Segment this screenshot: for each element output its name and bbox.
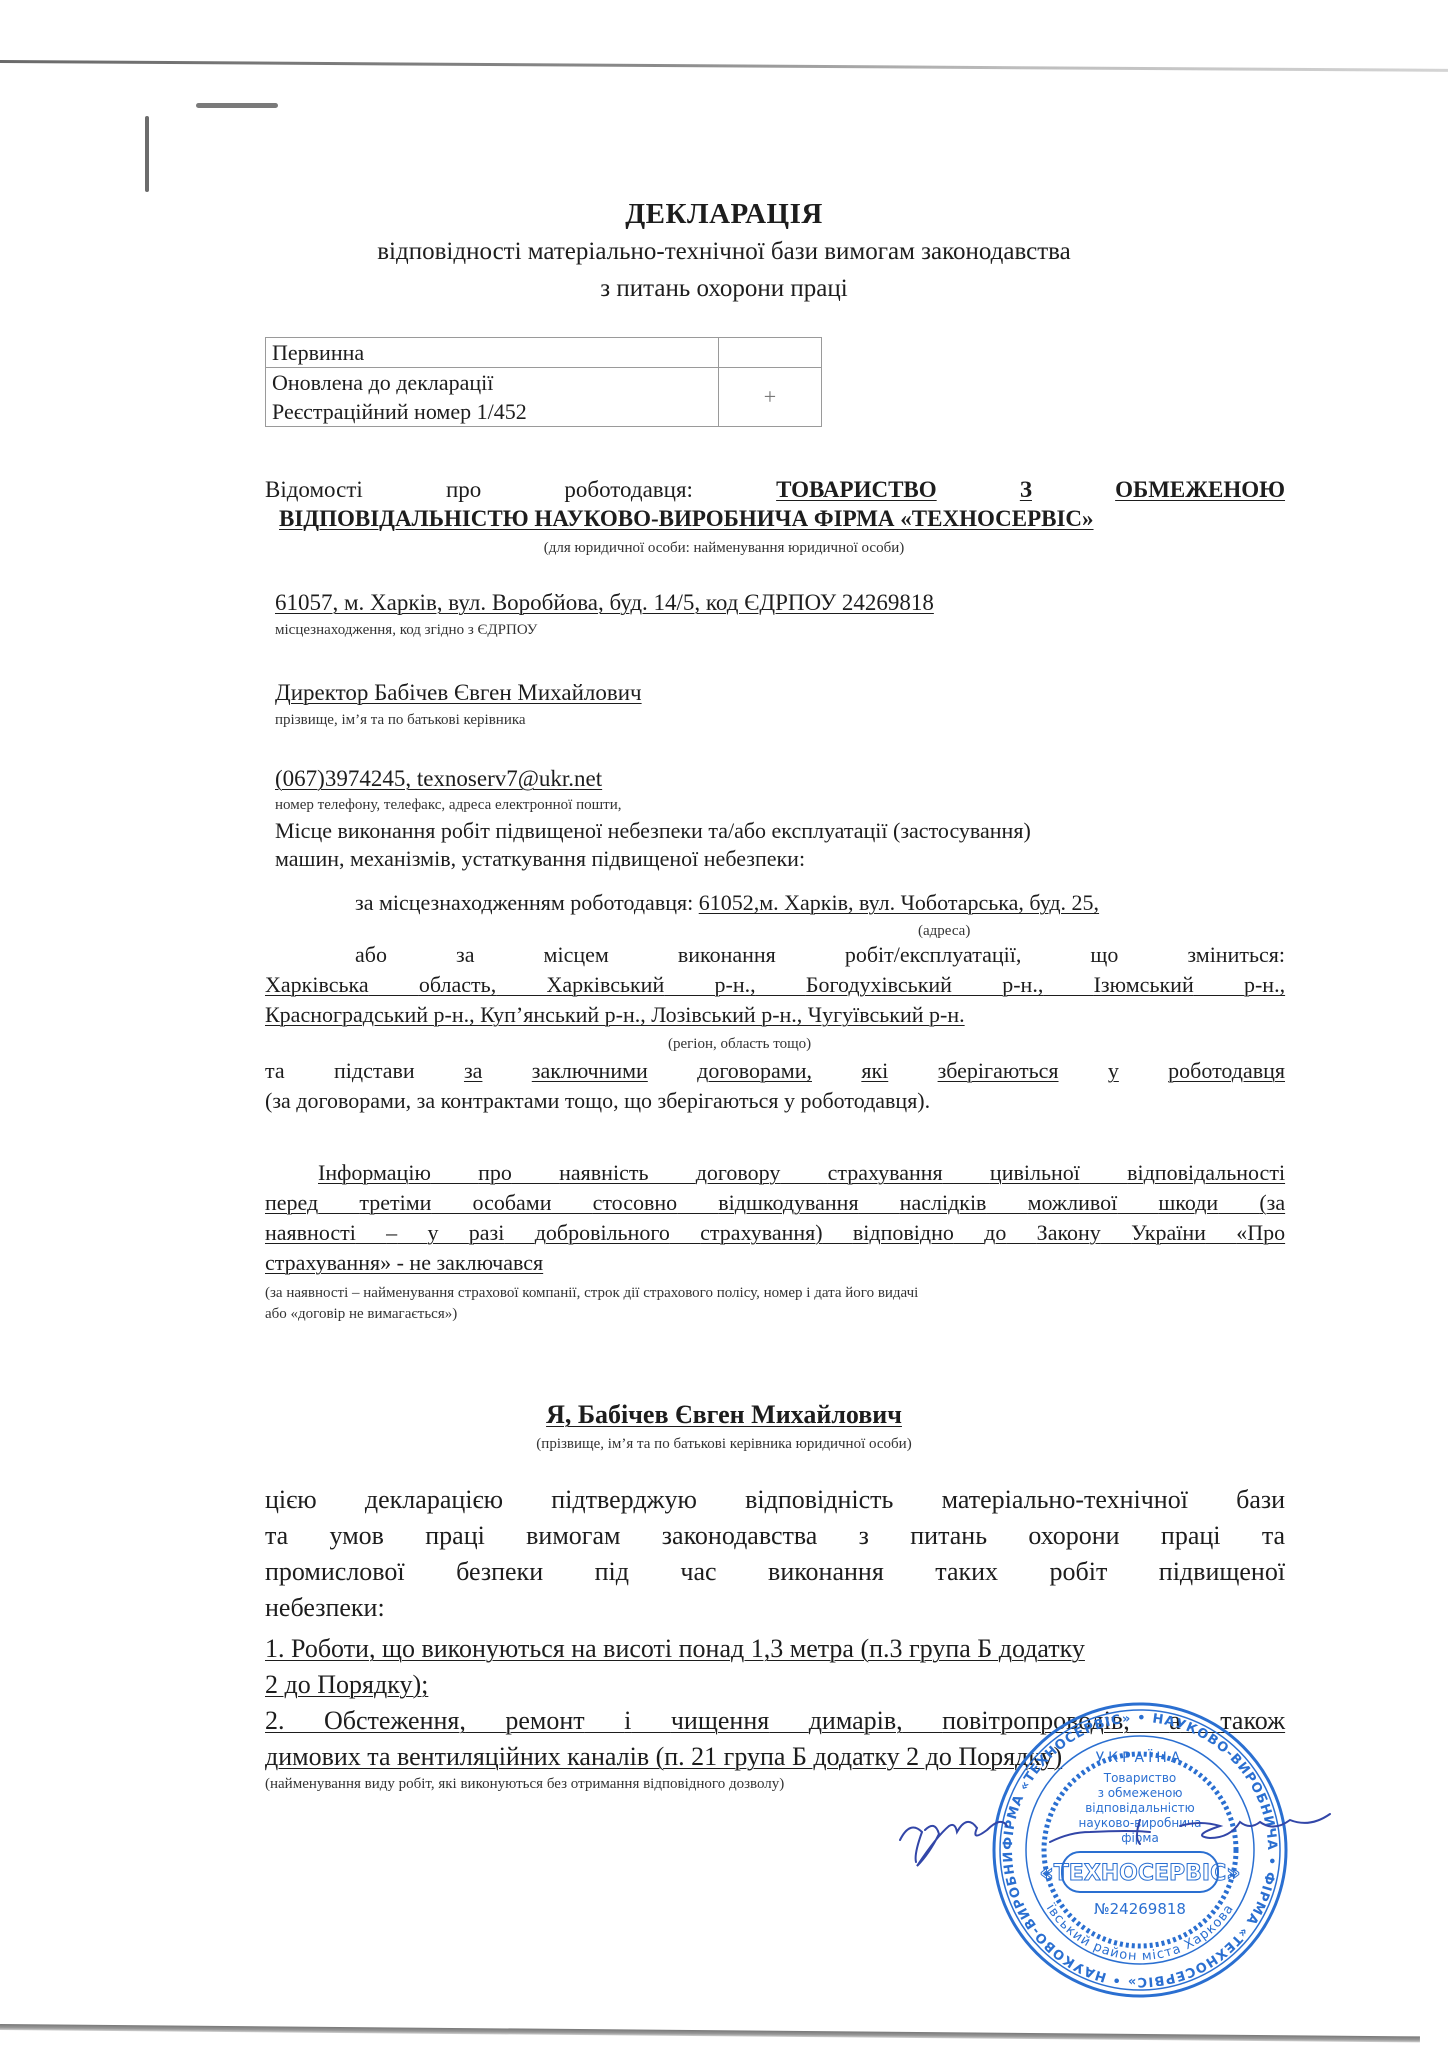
word: підтверджую bbox=[551, 1485, 697, 1514]
word: область, bbox=[419, 972, 496, 997]
word: відповідність bbox=[745, 1485, 893, 1514]
word: страхування) bbox=[700, 1220, 822, 1245]
word: наявності bbox=[265, 1220, 356, 1245]
word: охорони bbox=[1028, 1521, 1119, 1550]
word: підвищеної bbox=[1159, 1557, 1285, 1586]
word: та bbox=[1262, 1521, 1285, 1550]
word: (за bbox=[1259, 1190, 1285, 1215]
scan-mark-horizontal bbox=[196, 103, 278, 108]
word: добровільного bbox=[535, 1220, 670, 1245]
word: відповідальності bbox=[1127, 1160, 1285, 1185]
word: Богодухівський bbox=[806, 972, 952, 997]
region-caption: (регіон, область тощо) bbox=[668, 1036, 811, 1053]
word: можливої bbox=[1028, 1190, 1118, 1215]
document-title: ДЕКЛАРАЦІЯ bbox=[0, 198, 1448, 231]
word: димарів, bbox=[809, 1706, 903, 1735]
word: до bbox=[984, 1220, 1006, 1245]
word: що bbox=[1090, 942, 1118, 967]
word: страхування bbox=[828, 1160, 943, 1185]
insurance-status: страхування» - не заключався bbox=[265, 1250, 543, 1276]
word: питань bbox=[910, 1521, 987, 1550]
word: Харківська bbox=[265, 972, 369, 997]
word: за bbox=[456, 942, 474, 967]
statement-line4: небезпеки: bbox=[265, 1593, 385, 1623]
insurance-line3: наявності – у разі добровільного страхув… bbox=[265, 1220, 1285, 1246]
declarant-caption: (прізвище, ім’я та по батькові керівника… bbox=[0, 1436, 1448, 1453]
word: у bbox=[427, 1220, 438, 1245]
director-caption: прізвище, ім’я та по батькові керівника bbox=[275, 712, 526, 729]
word: робіт/експлуатації, bbox=[845, 942, 1022, 967]
word: роботодавця: bbox=[564, 477, 693, 502]
word: Інформацію bbox=[318, 1160, 431, 1185]
employer-intro-line: Відомості про роботодавця: ТОВАРИСТВО З … bbox=[265, 477, 1285, 503]
word: вимогам bbox=[526, 1521, 620, 1550]
word: ремонт bbox=[505, 1706, 584, 1735]
word: Обстеження, bbox=[324, 1706, 466, 1735]
insurance-caption-line2: або «договір не вимагається») bbox=[265, 1306, 457, 1323]
work-place-line2: машин, механізмів, устаткування підвищен… bbox=[275, 846, 805, 872]
word: або bbox=[355, 942, 387, 967]
work-item-1-line1: 1. Роботи, що виконуються на висоті пона… bbox=[265, 1634, 1085, 1664]
employer-name-word: З bbox=[1020, 477, 1032, 502]
word: і bbox=[624, 1706, 631, 1735]
word: договорами, bbox=[697, 1058, 812, 1083]
word: р-н., bbox=[1002, 972, 1043, 997]
declarant-name: Я, Бабічев Євген Михайлович bbox=[0, 1400, 1448, 1430]
status-label-primary: Первинна bbox=[272, 338, 712, 367]
word: праці bbox=[1161, 1521, 1221, 1550]
declaration-status-table: Первинна Оновлена до декларації Реєстрац… bbox=[265, 337, 822, 427]
word: та bbox=[265, 1521, 288, 1550]
word: промислової bbox=[265, 1557, 405, 1586]
employer-contacts: (067)3974245, texnoserv7@ukr.net bbox=[275, 766, 602, 792]
word: за bbox=[464, 1058, 482, 1083]
insurance-caption-line1: (за наявності – найменування страхової к… bbox=[265, 1285, 918, 1302]
work-place-line1: Місце виконання робіт підвищеної небезпе… bbox=[275, 818, 1031, 844]
registration-number: Реєстраційний номер 1/452 bbox=[272, 397, 712, 426]
employer-contacts-caption: номер телефону, телефакс, адреса електро… bbox=[275, 797, 622, 814]
employer-address-caption: місцезнаходження, код згідно з ЄДРПОУ bbox=[275, 622, 537, 639]
word: місцем bbox=[544, 942, 609, 967]
insurance-line2: перед третіми особами стосовно відшкодув… bbox=[265, 1190, 1285, 1216]
svg-text:з обмеженою: з обмеженою bbox=[1098, 1786, 1183, 1800]
works-caption: (найменування виду робіт, які виконуютьс… bbox=[265, 1776, 784, 1793]
word: час bbox=[680, 1557, 716, 1586]
word: виконання bbox=[678, 942, 776, 967]
word: підстави bbox=[334, 1058, 415, 1083]
regions-line2: Красноградський р-н., Куп’янський р-н., … bbox=[265, 1002, 965, 1028]
word: Харківський bbox=[546, 972, 664, 997]
word: у bbox=[1108, 1058, 1119, 1083]
word: особами bbox=[473, 1190, 552, 1215]
svg-text:Товариство: Товариство bbox=[1103, 1771, 1177, 1785]
status-mark-updated: + bbox=[719, 368, 822, 427]
word: умов bbox=[330, 1521, 384, 1550]
work-item-2-line2: димових та вентиляційних каналів (п. 21 … bbox=[265, 1742, 1062, 1772]
word: матеріально-технічної bbox=[942, 1485, 1188, 1514]
word: цивільної bbox=[990, 1160, 1080, 1185]
word: про bbox=[446, 477, 481, 502]
basis-line2: (за договорами, за контрактами тощо, що … bbox=[265, 1088, 930, 1114]
word: Відомості bbox=[265, 477, 363, 502]
word: – bbox=[386, 1220, 397, 1245]
word: р-н., bbox=[1244, 972, 1285, 997]
word: безпеки bbox=[456, 1557, 543, 1586]
word: робіт bbox=[1050, 1557, 1108, 1586]
word: стосовно bbox=[593, 1190, 678, 1215]
word: шкоди bbox=[1158, 1190, 1218, 1215]
scan-edge-bottom bbox=[0, 2024, 1420, 2042]
status-mark-primary bbox=[719, 338, 822, 368]
word: роботодавця bbox=[1168, 1058, 1285, 1083]
word: третіми bbox=[359, 1190, 431, 1215]
signature-icon bbox=[880, 1800, 1340, 1880]
word: наявність bbox=[559, 1160, 648, 1185]
word: «Про bbox=[1236, 1220, 1285, 1245]
word: праці bbox=[425, 1521, 485, 1550]
employer-name-word: ОБМЕЖЕНОЮ bbox=[1115, 477, 1285, 502]
word: про bbox=[478, 1160, 512, 1185]
word: Закону bbox=[1037, 1220, 1101, 1245]
word: цією bbox=[265, 1485, 317, 1514]
regions-line1: Харківська область, Харківський р-н., Бо… bbox=[265, 972, 1285, 998]
word: з bbox=[859, 1521, 869, 1550]
word: декларацією bbox=[365, 1485, 503, 1514]
scan-edge-top bbox=[0, 60, 1448, 72]
director-name: Директор Бабічев Євген Михайлович bbox=[275, 680, 642, 706]
word: чищення bbox=[671, 1706, 769, 1735]
word: наслідків bbox=[900, 1190, 987, 1215]
work-item-1-line2: 2 до Порядку); bbox=[265, 1670, 428, 1700]
word: відшкодування bbox=[718, 1190, 858, 1215]
status-label-updated: Оновлена до декларації bbox=[272, 368, 712, 397]
insurance-line1: Інформацію про наявність договору страху… bbox=[318, 1160, 1285, 1186]
word: перед bbox=[265, 1190, 318, 1215]
word: заключними bbox=[532, 1058, 648, 1083]
document-subtitle-line2: з питань охорони праці bbox=[0, 275, 1448, 303]
status-row-primary: Первинна bbox=[266, 338, 822, 368]
employer-name-word: ТОВАРИСТВО bbox=[776, 477, 937, 502]
statement-line3: промислової безпеки під час виконання та… bbox=[265, 1557, 1285, 1587]
word: зміниться: bbox=[1187, 942, 1285, 967]
director-signature bbox=[880, 1800, 1340, 1880]
word: р-н., bbox=[715, 972, 756, 997]
word: 2. bbox=[265, 1706, 285, 1735]
word: разі bbox=[469, 1220, 505, 1245]
status-row-updated: Оновлена до декларації Реєстраційний ном… bbox=[266, 368, 822, 427]
document-subtitle-line1: відповідності матеріально-технічної бази… bbox=[0, 238, 1448, 266]
word: які bbox=[861, 1058, 888, 1083]
statement-line2: та умов праці вимогам законодавства з пи… bbox=[265, 1521, 1285, 1551]
word: та bbox=[265, 1058, 285, 1083]
word: відповідно bbox=[853, 1220, 954, 1245]
employer-name-line2: ВІДПОВІДАЛЬНІСТЮ НАУКОВО-ВИРОБНИЧА ФІРМА… bbox=[279, 506, 1094, 532]
or-work-place-line: або за місцем виконання робіт/експлуатац… bbox=[355, 942, 1285, 968]
word: під bbox=[595, 1557, 629, 1586]
employer-address: 61057, м. Харків, вул. Воробйова, буд. 1… bbox=[275, 590, 934, 616]
svg-text:№24269818: №24269818 bbox=[1094, 1900, 1186, 1918]
word: Ізюмський bbox=[1094, 972, 1194, 997]
word: бази bbox=[1236, 1485, 1285, 1514]
word: таких bbox=[935, 1557, 998, 1586]
employer-location-value: 61052,м. Харків, вул. Чоботарська, буд. … bbox=[699, 890, 1099, 915]
word: зберігаються bbox=[938, 1058, 1059, 1083]
employer-location-prefix: за місцезнаходженням роботодавця: bbox=[355, 890, 699, 915]
basis-line1: та підстави за заключними договорами, як… bbox=[265, 1058, 1285, 1084]
word: України bbox=[1131, 1220, 1206, 1245]
statement-line1: цією декларацією підтверджую відповідніс… bbox=[265, 1485, 1285, 1515]
svg-text:УКРАЇНА: УКРАЇНА bbox=[1096, 1748, 1185, 1766]
scan-mark-vertical bbox=[145, 116, 149, 192]
word: законодавства bbox=[662, 1521, 818, 1550]
word: виконання bbox=[768, 1557, 884, 1586]
employer-name-caption: (для юридичної особи: найменування юриди… bbox=[0, 540, 1448, 557]
location-address-caption: (адреса) bbox=[918, 923, 970, 940]
employer-location-line: за місцезнаходженням роботодавця: 61052,… bbox=[355, 890, 1099, 916]
word: договору bbox=[696, 1160, 781, 1185]
